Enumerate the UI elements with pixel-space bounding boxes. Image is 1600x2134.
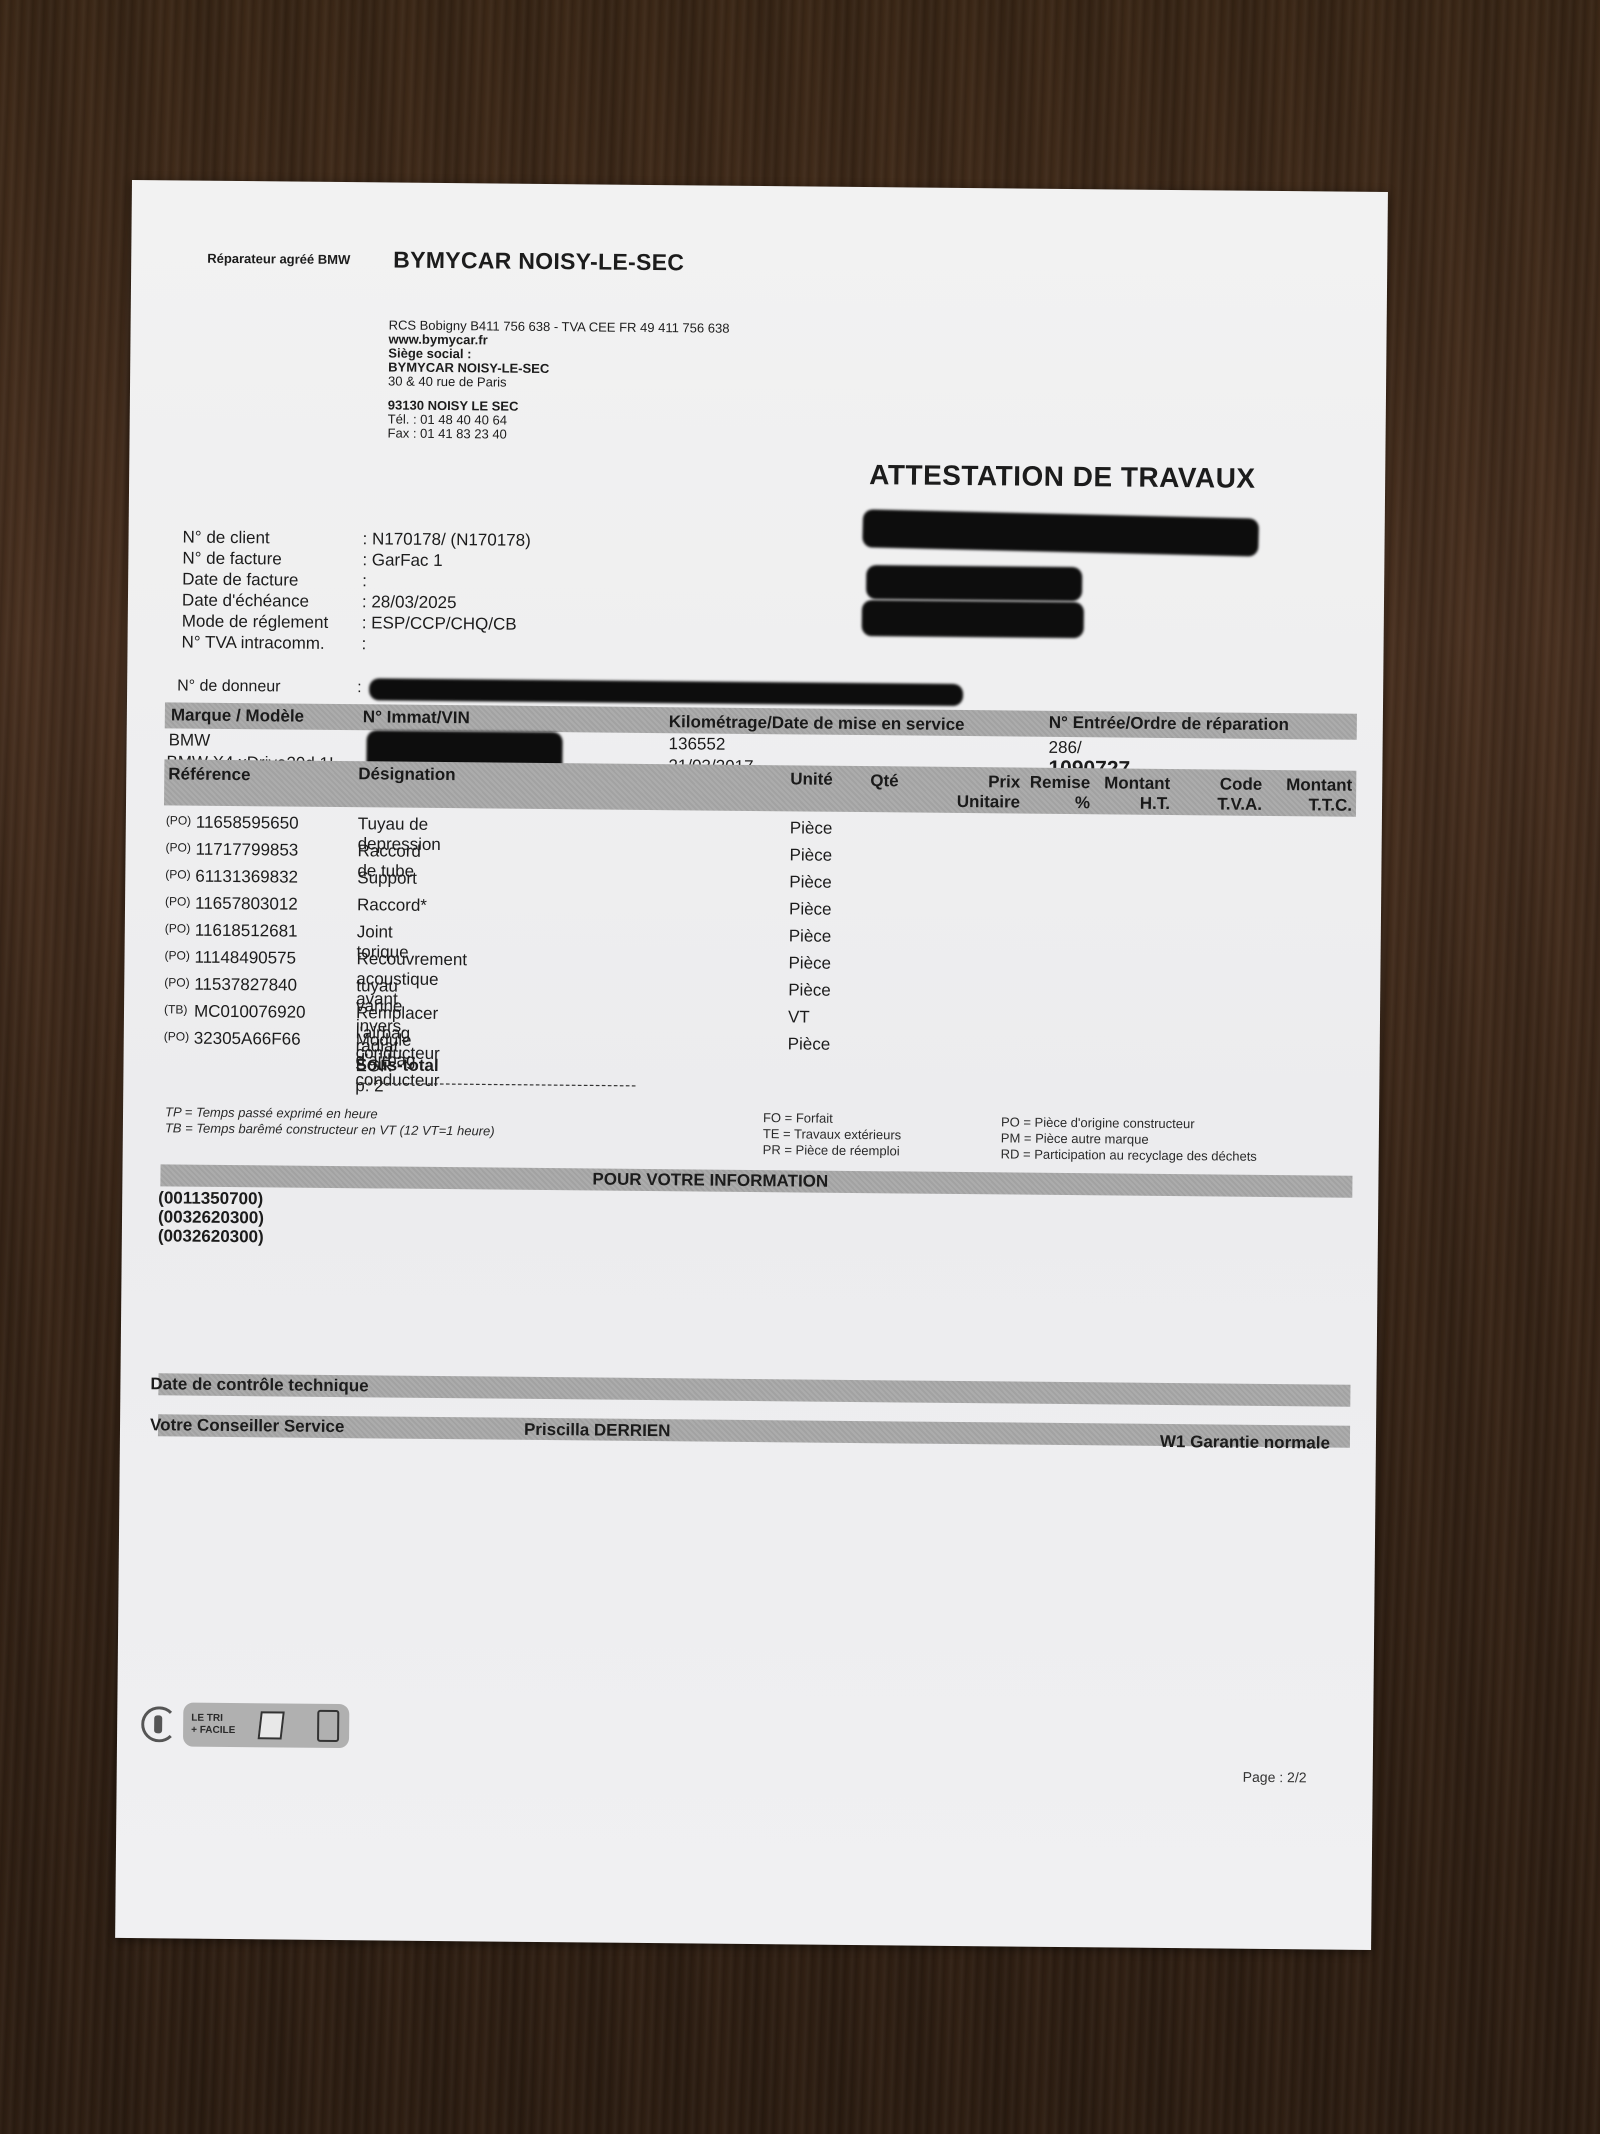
company-fax: Fax : 01 41 83 23 40 [388, 426, 729, 443]
items-header-band [164, 759, 1356, 816]
authorized-repairer-label: Réparateur agréé BMW [207, 251, 350, 267]
donneur-row: N° de donneur : [177, 677, 362, 697]
subtotal-dashes: ----------------------------------------… [355, 1074, 637, 1094]
warranty-label: W1 Garantie normale [1160, 1432, 1330, 1454]
part-type-code: (PO) [164, 1029, 189, 1043]
part-unit: Pièce [789, 899, 832, 919]
redacted-recipient-city [862, 600, 1084, 638]
part-reference: 11658595650 [196, 813, 299, 834]
donneur-prefix: : [357, 679, 362, 697]
part-type-code: (PO) [165, 867, 190, 881]
recycling-bin-icon [317, 1710, 339, 1742]
part-unit: VT [788, 1007, 810, 1027]
part-unit: Pièce [788, 980, 831, 1000]
items-list: (PO)11658595650Tuyau de depressionPièce(… [132, 180, 1388, 192]
part-reference: 11148490575 [194, 948, 296, 969]
technical-inspection-label: Date de contrôle technique [150, 1374, 368, 1396]
recycling-badge: LE TRI + FACILE [183, 1703, 349, 1749]
header-registration: N° Immat/VIN [363, 707, 470, 728]
document-title: ATTESTATION DE TRAVAUX [869, 459, 1256, 495]
vehicle-mileage: 136552 [669, 734, 726, 755]
part-type-code: (PO) [164, 948, 189, 962]
part-reference: 11657803012 [195, 894, 298, 915]
information-title: POUR VOTRE INFORMATION [592, 1169, 828, 1191]
part-unit: Pièce [789, 926, 832, 946]
part-unit: Pièce [789, 872, 832, 892]
invoice-meta: N° de client: N170178/ (N170178) N° de f… [181, 527, 530, 656]
recycling-logo: LE TRI + FACILE [141, 1702, 349, 1748]
redacted-donneur-value [369, 678, 963, 706]
header-unit: Unité [790, 769, 833, 789]
part-designation: Support [357, 868, 417, 889]
header-unit-price: Prix Unitaire [950, 772, 1020, 813]
part-type-code: (PO) [166, 840, 191, 854]
redacted-recipient-name [862, 509, 1259, 556]
company-info: RCS Bobigny B411 756 638 - TVA CEE FR 49… [388, 318, 730, 443]
header-reference: Référence [168, 764, 250, 785]
document-page: Réparateur agréé BMW BYMYCAR NOISY-LE-SE… [115, 180, 1388, 1950]
header-repair-order: N° Entrée/Ordre de réparation [1049, 713, 1289, 735]
part-type-code: (PO) [165, 894, 190, 908]
brand-name: BYMYCAR NOISY-LE-SEC [393, 247, 684, 277]
legend-time: TP = Temps passé exprimé en heure TB = T… [165, 1104, 495, 1139]
header-amount-ht: Montant H.T. [1092, 773, 1170, 814]
header-make-model: Marque / Modèle [171, 705, 304, 726]
donneur-label: N° de donneur [177, 677, 357, 697]
redacted-recipient-street [866, 565, 1082, 601]
header-amount-ttc: Montant T.T.C. [1274, 775, 1352, 816]
part-unit: Pièce [790, 818, 833, 838]
part-type-code: (PO) [166, 813, 191, 827]
header-vat-code: Code T.V.A. [1186, 774, 1262, 815]
information-code: (0011350700) [158, 1188, 264, 1208]
part-unit: Pièce [788, 1034, 831, 1054]
paper-icon [258, 1711, 285, 1739]
part-reference: 11618512681 [195, 921, 298, 942]
header-discount: Remise % [1022, 773, 1090, 814]
part-unit: Pièce [789, 845, 832, 865]
information-code: (0032620300) [158, 1207, 264, 1227]
subtotal-label: Sous-total [355, 1055, 438, 1076]
meta-vat-number: N° TVA intracomm.: [181, 631, 529, 655]
part-type-code: (TB) [164, 1002, 187, 1016]
header-mileage: Kilométrage/Date de mise en service [669, 712, 965, 735]
part-reference: MC010076920 [194, 1002, 306, 1023]
recycling-person-icon [141, 1706, 177, 1742]
entry-number: 286/ [1048, 738, 1081, 758]
legend-part-types: PO = Pièce d'origine constructeur PM = P… [1001, 1114, 1258, 1164]
header-designation: Désignation [358, 764, 455, 785]
information-code: (0032620300) [158, 1226, 264, 1246]
part-reference: 11537827840 [194, 975, 297, 996]
part-type-code: (PO) [165, 921, 190, 935]
part-designation: Raccord* [357, 895, 427, 916]
part-reference: 11717799853 [195, 840, 298, 861]
header-qty: Qté [870, 771, 899, 791]
service-advisor-label: Votre Conseiller Service [150, 1415, 345, 1437]
page-number: Page : 2/2 [1243, 1769, 1307, 1786]
part-reference: 32305A66F66 [194, 1029, 301, 1050]
part-reference: 61131369832 [195, 867, 298, 888]
service-advisor-name: Priscilla DERRIEN [524, 1420, 671, 1441]
part-type-code: (PO) [164, 975, 189, 989]
vehicle-make: BMW [169, 730, 211, 750]
part-unit: Pièce [788, 953, 831, 973]
legend-work-types: FO = Forfait TE = Travaux extérieurs PR … [763, 1110, 902, 1159]
information-codes: (0011350700) (0032620300) (0032620300) [158, 1188, 264, 1246]
